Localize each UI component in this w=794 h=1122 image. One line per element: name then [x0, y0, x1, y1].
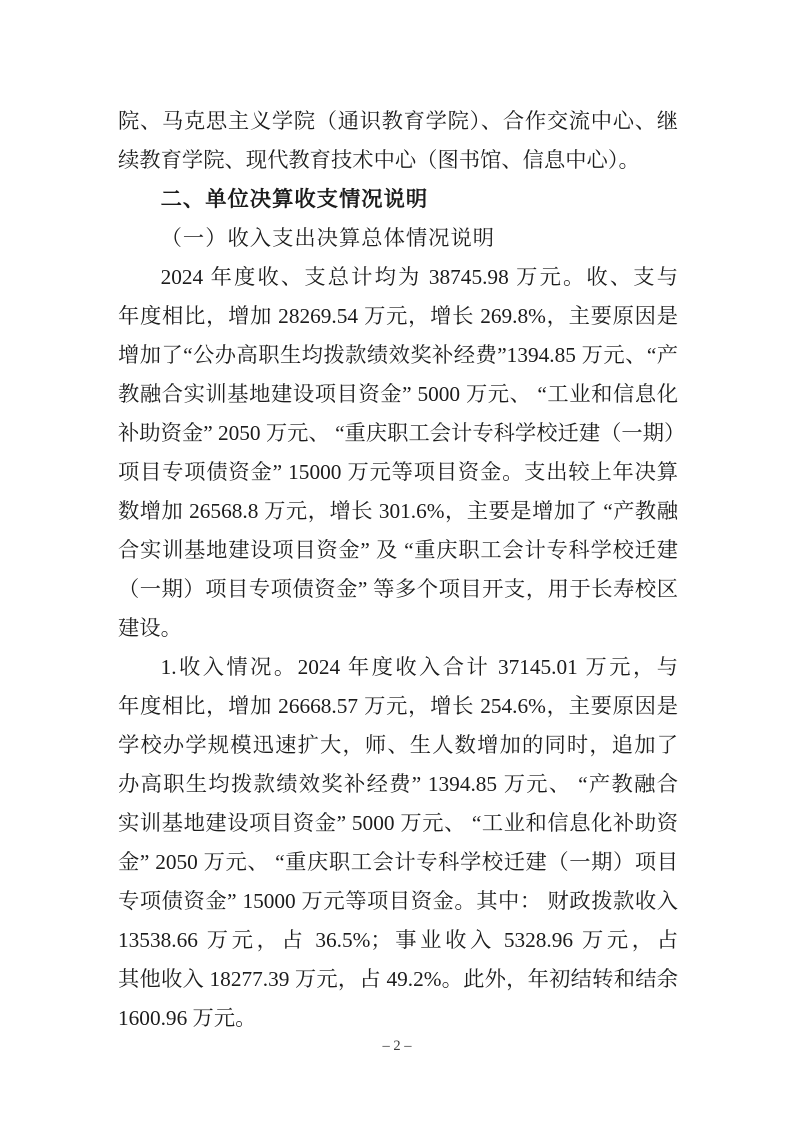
text-line: （一期）项目专项债资金” 等多个项目开支，用于长寿校区: [118, 570, 678, 609]
text-line: 建设。: [118, 609, 678, 648]
page-footer: – 2 –: [0, 1038, 794, 1055]
text-line: 2024 年度收、支总计均为 38745.98 万元。收、支与 2023: [118, 258, 678, 297]
text-line: 金” 2050 万元、 “重庆职工会计专科学校迁建（一期）项目: [118, 843, 678, 882]
section-heading: 二、单位决算收支情况说明: [118, 180, 678, 219]
text-line: 续教育学院、现代教育技术中心（图书馆、信息中心）。: [118, 141, 678, 180]
text-line: 合实训基地建设项目资金” 及 “重庆职工会计专科学校迁建: [118, 531, 678, 570]
text-line: 补助资金” 2050 万元、 “重庆职工会计专科学校迁建（一期）: [118, 414, 678, 453]
text-line: 1600.96 万元。: [118, 999, 678, 1038]
text-line: 实训基地建设项目资金” 5000 万元、 “工业和信息化补助资: [118, 804, 678, 843]
text-line: 专项债资金” 15000 万元等项目资金。其中： 财政拨款收入: [118, 882, 678, 921]
text-line: 办高职生均拨款绩效奖补经费” 1394.85 万元、 “产教融合: [118, 765, 678, 804]
text-line: 项目专项债资金” 15000 万元等项目资金。支出较上年决算: [118, 453, 678, 492]
text-line: 院、马克思主义学院（通识教育学院）、合作交流中心、继: [118, 102, 678, 141]
text-line: 年度相比，增加 26668.57 万元，增长 254.6%，主要原因是: [118, 687, 678, 726]
text-line: 学校办学规模迅速扩大，师、生人数增加的同时，追加了 “公: [118, 726, 678, 765]
document-body: 院、马克思主义学院（通识教育学院）、合作交流中心、继续教育学院、现代教育技术中心…: [118, 102, 678, 1038]
page-number: – 2 –: [383, 1038, 412, 1054]
text-line: 13538.66 万元，占 36.5%；事业收入 5328.96 万元，占 14…: [118, 921, 678, 960]
section-heading: （一）收入支出决算总体情况说明: [118, 219, 678, 258]
text-line: 年度相比，增加 28269.54 万元，增长 269.8%，主要原因是: [118, 297, 678, 336]
text-line: 数增加 26568.8 万元，增长 301.6%，主要是增加了 “产教融: [118, 492, 678, 531]
document-page: 院、马克思主义学院（通识教育学院）、合作交流中心、继续教育学院、现代教育技术中心…: [0, 0, 794, 1122]
text-line: 1.收入情况。2024 年度收入合计 37145.01 万元，与 2023: [118, 648, 678, 687]
text-line: 其他收入 18277.39 万元，占 49.2%。此外，年初结转和结余: [118, 960, 678, 999]
text-line: 增加了“公办高职生均拨款绩效奖补经费”1394.85 万元、“产: [118, 336, 678, 375]
text-line: 教融合实训基地建设项目资金” 5000 万元、 “工业和信息化: [118, 375, 678, 414]
